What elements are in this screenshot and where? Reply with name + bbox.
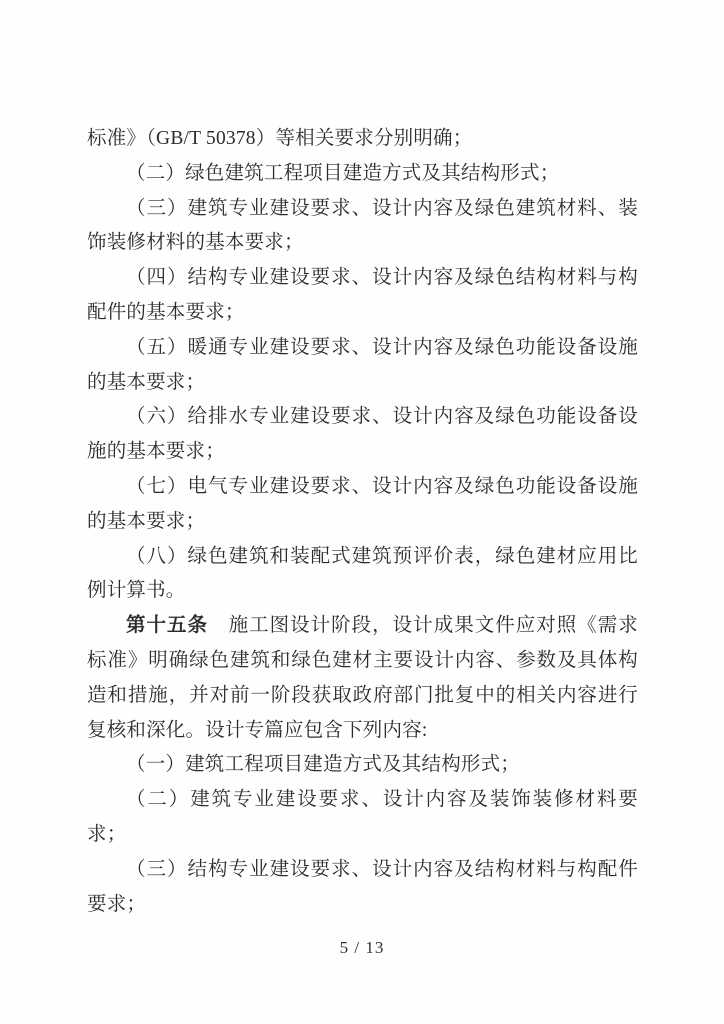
- paragraph-text: （三）建筑专业建设要求、设计内容及绿色建筑材料、装饰装修材料的基本要求；: [87, 198, 638, 254]
- page-number: 5 / 13: [0, 938, 724, 958]
- paragraph: （一）建筑工程项目建造方式及其结构形式；: [87, 748, 638, 783]
- paragraph: （五）暖通专业建设要求、设计内容及绿色功能设备设施的基本要求；: [87, 331, 638, 401]
- paragraph: （七）电气专业建设要求、设计内容及绿色功能设备设施的基本要求；: [87, 470, 638, 540]
- paragraph: （八）绿色建筑和装配式建筑预评价表，绿色建材应用比例计算书。: [87, 540, 638, 610]
- paragraph: （六）给排水专业建设要求、设计内容及绿色功能设备设施的基本要求；: [87, 400, 638, 470]
- paragraph-text: （四）结构专业建设要求、设计内容及绿色结构材料与构配件的基本要求；: [87, 267, 638, 323]
- paragraph-text: （二）建筑专业建设要求、设计内容及装饰装修材料要求；: [87, 789, 638, 845]
- document-body: 标准》（GB/T 50378）等相关要求分别明确；（二）绿色建筑工程项目建造方式…: [87, 122, 638, 922]
- paragraph-text: （六）给排水专业建设要求、设计内容及绿色功能设备设施的基本要求；: [87, 406, 638, 462]
- paragraph-text: （二）绿色建筑工程项目建造方式及其结构形式；: [126, 163, 559, 184]
- document-page: 标准》（GB/T 50378）等相关要求分别明确；（二）绿色建筑工程项目建造方式…: [0, 0, 724, 1024]
- paragraph: （四）结构专业建设要求、设计内容及绿色结构材料与构配件的基本要求；: [87, 261, 638, 331]
- clause-heading: 第十五条: [126, 615, 208, 636]
- paragraph-text: （八）绿色建筑和装配式建筑预评价表，绿色建材应用比例计算书。: [87, 546, 638, 602]
- paragraph: （二）绿色建筑工程项目建造方式及其结构形式；: [87, 157, 638, 192]
- paragraph: （三）结构专业建设要求、设计内容及结构材料与构配件要求；: [87, 853, 638, 923]
- paragraph-text: （一）建筑工程项目建造方式及其结构形式；: [126, 754, 520, 775]
- paragraph: 标准》（GB/T 50378）等相关要求分别明确；: [87, 122, 638, 157]
- paragraph-text: （五）暖通专业建设要求、设计内容及绿色功能设备设施的基本要求；: [87, 337, 638, 393]
- paragraph-text: 标准》（GB/T 50378）等相关要求分别明确；: [87, 128, 472, 149]
- paragraph: （三）建筑专业建设要求、设计内容及绿色建筑材料、装饰装修材料的基本要求；: [87, 192, 638, 262]
- paragraph-text: （三）结构专业建设要求、设计内容及结构材料与构配件要求；: [87, 859, 638, 915]
- paragraph: 第十五条 施工图设计阶段，设计成果文件应对照《需求标准》明确绿色建筑和绿色建材主…: [87, 609, 638, 748]
- paragraph: （二）建筑专业建设要求、设计内容及装饰装修材料要求；: [87, 783, 638, 853]
- paragraph-text: （七）电气专业建设要求、设计内容及绿色功能设备设施的基本要求；: [87, 476, 638, 532]
